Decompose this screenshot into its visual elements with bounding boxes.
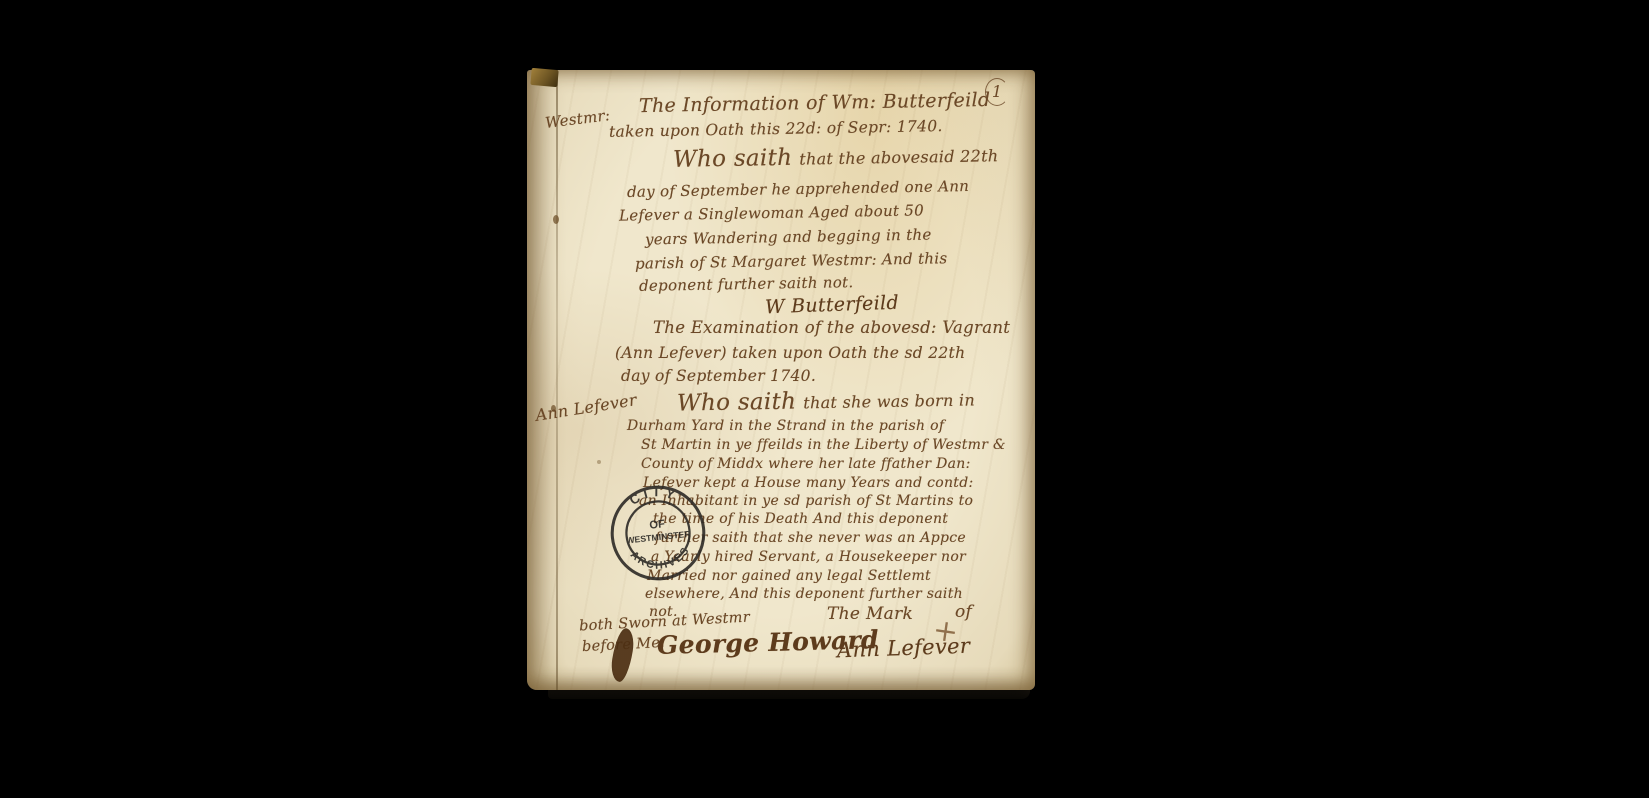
examination-body-line: elsewhere, And this deponent further sai… bbox=[645, 586, 963, 602]
information-heading-line1: The Information of Wm: Butterfeild bbox=[639, 89, 991, 117]
information-body-line: Lefever a Singlewoman Aged about 50 bbox=[619, 201, 924, 224]
examination-body-line: County of Middx where her late ffather D… bbox=[641, 456, 971, 472]
photo-canvas: 1 Westmr: Ann Lefever The Information of… bbox=[0, 0, 1649, 798]
information-opening-words: Who saith bbox=[673, 145, 793, 173]
stamp-westminster-text: WESTMINSTER bbox=[626, 529, 692, 546]
information-opening-line: Who saiththat the abovesaid 22th bbox=[673, 141, 999, 173]
deponent-signature: Ann Lefever bbox=[837, 634, 971, 663]
stamp-of-text: OF bbox=[649, 518, 666, 532]
examination-heading-line1: The Examination of the abovesd: Vagrant bbox=[653, 318, 1010, 337]
binding-corner bbox=[530, 68, 558, 87]
examination-body-line: St Martin in ye ffeilds in the Liberty o… bbox=[641, 437, 1006, 453]
information-opening-rest: that the abovesaid 22th bbox=[799, 146, 999, 168]
examination-opening-words: Who saith bbox=[677, 389, 797, 417]
margin-note-deponent: Ann Lefever bbox=[534, 390, 638, 425]
examination-heading-line2: (Ann Lefever) taken upon Oath the sd 22t… bbox=[615, 344, 965, 362]
book-gutter-crease bbox=[556, 70, 558, 690]
archive-stamp: CITY OF WESTMINSTER ARCHIVES bbox=[595, 470, 720, 595]
information-body-line: parish of St Margaret Westmr: And this bbox=[635, 249, 948, 272]
manuscript-page: 1 Westmr: Ann Lefever The Information of… bbox=[527, 70, 1035, 690]
examination-opening-rest: that she was born in bbox=[803, 390, 975, 412]
examination-opening-line: Who saiththat she was born in bbox=[677, 385, 975, 416]
information-body-line: day of September he apprehended one Ann bbox=[627, 177, 969, 201]
examination-body-line: Durham Yard in the Strand in the parish … bbox=[627, 418, 944, 434]
mark-prefix: The Mark bbox=[827, 604, 913, 624]
stain-speck bbox=[597, 460, 601, 464]
margin-note-place: Westmr: bbox=[544, 106, 611, 132]
information-heading-line2: taken upon Oath this 22d: of Sepr: 1740. bbox=[609, 117, 943, 141]
information-body-line: deponent further saith not. bbox=[639, 273, 854, 295]
examination-heading-line3: day of September 1740. bbox=[621, 367, 816, 385]
ink-blot bbox=[609, 627, 636, 683]
witness-signature: W Butterfeild bbox=[765, 292, 900, 319]
stain-speck bbox=[553, 215, 559, 224]
information-body-line: years Wandering and begging in the bbox=[645, 226, 932, 249]
